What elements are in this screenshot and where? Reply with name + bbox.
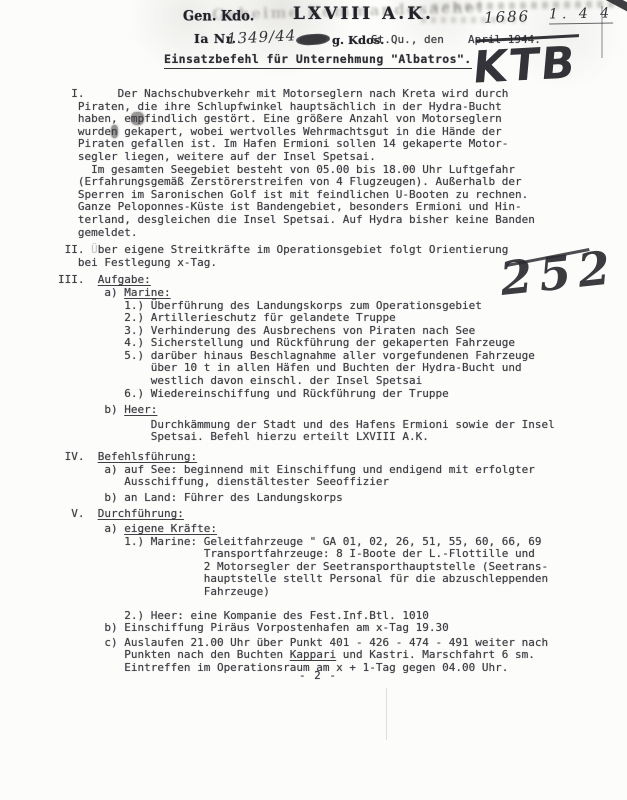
document-line: 6.) Wiedereinschiffung und Rückführung d… bbox=[58, 388, 619, 401]
handwritten-date-mark: 1. 4 4 bbox=[549, 5, 613, 24]
document-line: V. Durchführung: bbox=[58, 508, 619, 521]
handwritten-file-number: 1349/44 bbox=[227, 26, 297, 48]
gen-kdo-stamp: Gen. Kdo. bbox=[183, 8, 254, 24]
fold-line bbox=[386, 688, 387, 740]
page-number: - 2 - bbox=[58, 669, 578, 682]
document-line: b) Heer: bbox=[58, 404, 619, 417]
document-line: Fahrzeuge) bbox=[58, 586, 619, 599]
document-line: bei Festlegung x-Tag. bbox=[58, 257, 619, 270]
document-line: b) Einschiffung Piräus Vorpostenhafen am… bbox=[58, 622, 619, 635]
station-line: St.Qu., den bbox=[371, 33, 444, 46]
document-line: b) an Land: Führer des Landungskorps bbox=[58, 492, 619, 505]
document-line: Spetsai. Befehl hierzu erteilt LXVIII A.… bbox=[58, 431, 619, 444]
scribble-mark bbox=[296, 33, 331, 46]
document-line: terland, desgleichen die Insel Spetsai. … bbox=[58, 214, 619, 227]
scanned-document-page: Geheime Kommandosache! Gen. Kdo. LXVIII … bbox=[0, 0, 627, 800]
handwritten-ktb-annotation: KTB bbox=[471, 37, 579, 94]
corps-designation: LXVIII A.K. bbox=[293, 4, 434, 24]
document-title: Einsatzbefehl für Unternehmung "Albatros… bbox=[164, 52, 472, 69]
document-line: Ausschiffung, dienstältester Seeoffizier bbox=[58, 476, 619, 489]
document-body: I. Der Nachschubverkehr mit Motorseglern… bbox=[58, 88, 619, 675]
document-line: gemeldet. bbox=[58, 227, 619, 240]
handwritten-registry-number: 1686 bbox=[484, 7, 531, 27]
